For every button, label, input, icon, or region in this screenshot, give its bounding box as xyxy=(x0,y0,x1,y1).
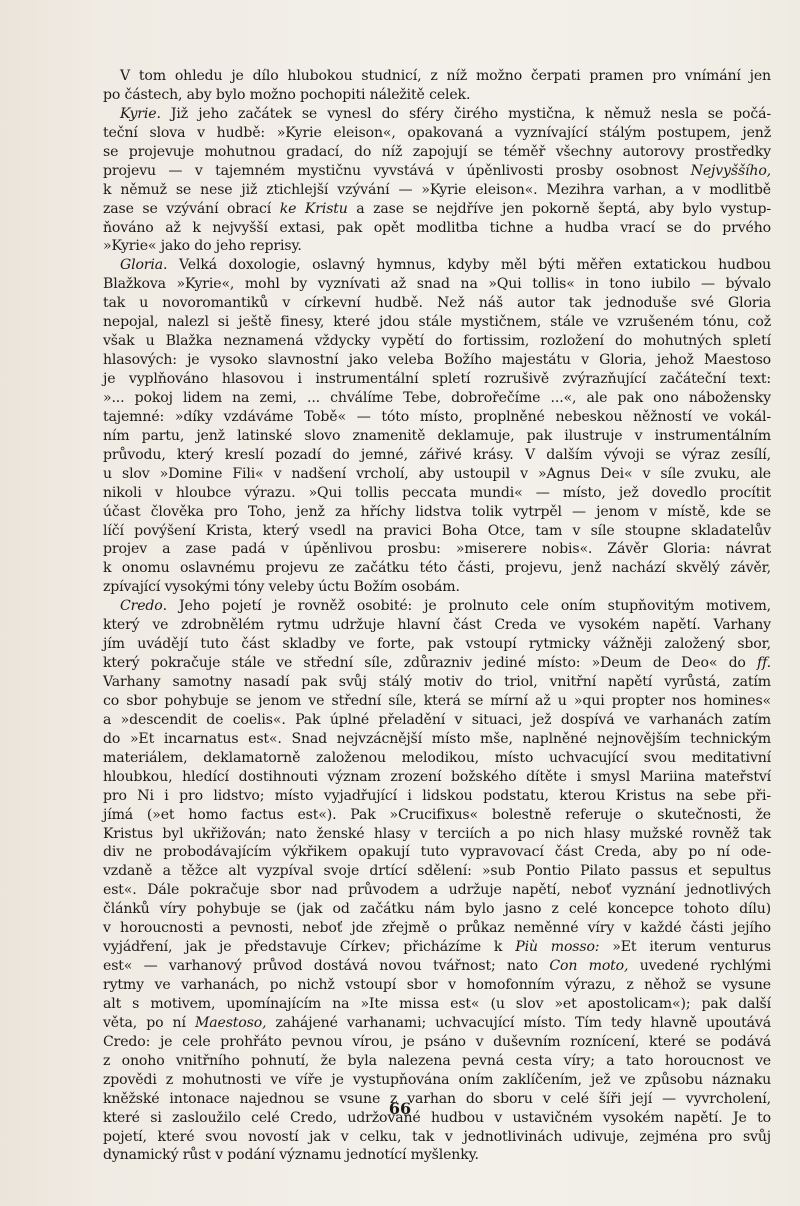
text-line: a »descendit de coelis«. Pak úplné přela… xyxy=(103,711,771,730)
line-text: zpovědi z mohutnosti ve víře je vystupňo… xyxy=(103,1072,771,1088)
line-text: ňováno až k nejvyšší extasi, pak opět mo… xyxy=(103,220,771,236)
text-line: který pokračuje stále ve střední síle, z… xyxy=(103,654,771,673)
line-text: zpívající vysokými tóny veleby úctu Boží… xyxy=(103,579,460,595)
text-line: však u Blažka neznamená vždycky vypětí d… xyxy=(103,332,771,351)
text-line: jím uvádějí tuto část skladby ve forte, … xyxy=(103,635,771,654)
line-text: Blažkova »Kyrie«, mohl by vyznívati až s… xyxy=(103,276,771,292)
text-line: je vyplňováno hlasovou i instrumentální … xyxy=(103,370,771,389)
text-line: »Kyrie« jako do jeho reprisy. xyxy=(103,237,771,256)
line-text: se projevuje mohutnou gradací, do níž za… xyxy=(103,144,771,160)
text-line: vyjádření, jak je představuje Církev; př… xyxy=(103,938,771,957)
line-text: est«. Dále pokračuje sbor nad průvodem a… xyxy=(103,882,771,898)
text-line: se projevuje mohutnou gradací, do níž za… xyxy=(103,143,771,162)
line-text: vyjádření, jak je představuje Církev; př… xyxy=(103,939,515,955)
paragraph-gloria: Gloria. Velká doxologie, oslavný hymnus,… xyxy=(103,256,771,597)
italic-term: Con moto, xyxy=(549,958,628,974)
line-text: Credo: je cele prohřáto pevnou vírou, je… xyxy=(103,1034,771,1050)
line-text: jím uvádějí tuto část skladby ve forte, … xyxy=(103,636,771,652)
text-line: teční slova v hudbě: »Kyrie eleison«, op… xyxy=(103,124,771,143)
line-text: Kristus byl ukřižován; nato ženské hlasy… xyxy=(103,826,771,842)
line-text: nepojal, nalezl si ještě finesy, které j… xyxy=(103,314,771,330)
line-text: nikoli v hloubce výrazu. »Qui tollis pec… xyxy=(103,485,771,501)
line-text: tak u novoromantiků v církevní hudbě. Ne… xyxy=(103,295,771,311)
text-line: k němuž se nese již ztichlejší vzývání —… xyxy=(103,181,771,200)
text-line: est« — varhanový průvod dostává novou tv… xyxy=(103,957,771,976)
paragraph-credo: Credo. Jeho pojetí je rovněž osobité: je… xyxy=(103,597,771,1165)
line-text: hlasových: je vysoko slavnostní jako vel… xyxy=(103,352,771,368)
text-line: materiálem, deklamatorně založenou melod… xyxy=(103,749,771,768)
text-line: Credo: je cele prohřáto pevnou vírou, je… xyxy=(103,1033,771,1052)
line-text: projev a zase padá v úpěnlivou prosbu: »… xyxy=(103,541,771,557)
text-line: pojetí, které svou novostí jak v celku, … xyxy=(103,1128,771,1147)
line-text: pojetí, které svou novostí jak v celku, … xyxy=(103,1129,771,1145)
italic-term: ff. xyxy=(757,655,771,671)
text-line: do »Et incarnatus est«. Snad nejvzácnějš… xyxy=(103,730,771,749)
italic-term: Più mosso: xyxy=(515,939,599,955)
text-line: ňováno až k nejvyšší extasi, pak opět mo… xyxy=(103,219,771,238)
text-line: co sbor pohybuje se jenom ve střední síl… xyxy=(103,692,771,711)
line-text: Varhany samotny nasadí pak svůj stálý mo… xyxy=(103,674,771,690)
line-text: projevu — v tajemném mystičnu vyvstává v… xyxy=(103,163,691,179)
line-text: dynamický růst v podání významu jednotíc… xyxy=(103,1147,479,1163)
line-text: co sbor pohybuje se jenom ve střední síl… xyxy=(103,693,771,709)
text-line: div ne probodávajícím výkřikem opakují t… xyxy=(103,843,771,862)
text-line: jímá (»et homo factus est«). Pak »Crucif… xyxy=(103,806,771,825)
line-text: věta, po ní xyxy=(103,1015,195,1031)
line-text: průvodu, který kreslí pozadí do jemné, z… xyxy=(103,447,771,463)
line-text: líčí povýšení Krista, který vsedl na pra… xyxy=(103,523,771,539)
page-text-block: V tom ohledu je dílo hlubokou studnicí, … xyxy=(103,67,771,1165)
line-text: a »descendit de coelis«. Pak úplné přela… xyxy=(103,712,771,728)
text-line: ním partu, jenž latinské slovo znamenitě… xyxy=(103,427,771,446)
line-text: který pokračuje stále ve střední síle, z… xyxy=(103,655,757,671)
text-line: tak u novoromantiků v církevní hudbě. Ne… xyxy=(103,294,771,313)
text-line: nepojal, nalezl si ještě finesy, které j… xyxy=(103,313,771,332)
text-line: Kristus byl ukřižován; nato ženské hlasy… xyxy=(103,825,771,844)
line-text: vzdaně a těžce alt vyzpíval svoje drtící… xyxy=(103,863,771,879)
line-text: zase se vzývání obrací xyxy=(103,201,280,217)
text-line: V tom ohledu je dílo hlubokou studnicí, … xyxy=(103,67,771,86)
line-text: »... pokoj lidem na zemi, ... chválíme T… xyxy=(103,390,771,406)
text-line: Varhany samotny nasadí pak svůj stálý mo… xyxy=(103,673,771,692)
line-text: teční slova v hudbě: »Kyrie eleison«, op… xyxy=(103,125,771,141)
line-text: který ve zdrobnělém rytmu udržuje hlavní… xyxy=(103,617,771,633)
line-text: účast člověka pro Toho, jenž za hříchy l… xyxy=(103,504,771,520)
text-line: zase se vzývání obrací ke Kristu a zase … xyxy=(103,200,771,219)
text-line: věta, po ní Maestoso, zahájené varhanami… xyxy=(103,1014,771,1033)
text-line: pro Ni i pro lidstvo; místo vyjadřující … xyxy=(103,787,771,806)
text-line: průvodu, který kreslí pozadí do jemné, z… xyxy=(103,446,771,465)
italic-term: Maestoso, xyxy=(195,1015,266,1031)
line-text: po částech, aby bylo možno pochopiti nál… xyxy=(103,87,470,103)
line-text: z onoho vnitřního pohnutí, že byla nalez… xyxy=(103,1053,771,1069)
paragraph-intro: V tom ohledu je dílo hlubokou studnicí, … xyxy=(103,67,771,105)
text-line: projev a zase padá v úpěnlivou prosbu: »… xyxy=(103,540,771,559)
line-text: však u Blažka neznamená vždycky vypětí d… xyxy=(103,333,771,349)
text-line: rytmy ve varhanách, po nichž vstoupí sbo… xyxy=(103,976,771,995)
line-text: V tom ohledu je dílo hlubokou studnicí, … xyxy=(120,68,771,84)
line-text: u slov »Domine Fili« v nadšení vrcholí, … xyxy=(103,466,771,482)
text-line: alt s motivem, upomínajícím na »Ite miss… xyxy=(103,995,771,1014)
line-text: rytmy ve varhanách, po nichž vstoupí sbo… xyxy=(103,977,771,993)
paragraph-kyrie: Kyrie. Již jeho začátek se vynesl do sfé… xyxy=(103,105,771,257)
line-text: materiálem, deklamatorně založenou melod… xyxy=(103,750,771,766)
page-number: 66 xyxy=(0,1099,800,1118)
text-line: v horoucnosti a pevnosti, neboť jde zřej… xyxy=(103,919,771,938)
line-text: . Jeho pojetí je rovněž osobité: je prol… xyxy=(163,598,771,614)
line-text: a zase se nejdříve jen pokorně šeptá, ab… xyxy=(348,201,771,217)
text-line: est«. Dále pokračuje sbor nad průvodem a… xyxy=(103,881,771,900)
text-line: vzdaně a těžce alt vyzpíval svoje drtící… xyxy=(103,862,771,881)
text-line: článků víry pohybuje se (jak od začátku … xyxy=(103,900,771,919)
line-text: est« — varhanový průvod dostává novou tv… xyxy=(103,958,549,974)
text-line: zpovědi z mohutnosti ve víře je vystupňo… xyxy=(103,1071,771,1090)
line-text: do »Et incarnatus est«. Snad nejvzácnějš… xyxy=(103,731,771,747)
text-line: zpívající vysokými tóny veleby úctu Boží… xyxy=(103,578,771,597)
line-text: k onomu oslavnému projevu ze začátku tét… xyxy=(103,560,771,576)
line-text: . Již jeho začátek se vynesl do sféry či… xyxy=(156,106,771,122)
text-line: k onomu oslavnému projevu ze začátku tét… xyxy=(103,559,771,578)
line-text: jímá (»et homo factus est«). Pak »Crucif… xyxy=(103,807,771,823)
italic-term: Credo xyxy=(120,598,163,614)
text-line: Gloria. Velká doxologie, oslavný hymnus,… xyxy=(103,256,771,275)
text-line: hloubkou, hledící dostihnouti význam zro… xyxy=(103,768,771,787)
text-line: hlasových: je vysoko slavnostní jako vel… xyxy=(103,351,771,370)
text-line: dynamický růst v podání významu jednotíc… xyxy=(103,1146,771,1165)
text-line: »... pokoj lidem na zemi, ... chválíme T… xyxy=(103,389,771,408)
text-line: nikoli v hloubce výrazu. »Qui tollis pec… xyxy=(103,484,771,503)
text-line: po částech, aby bylo možno pochopiti nál… xyxy=(103,86,771,105)
text-line: Kyrie. Již jeho začátek se vynesl do sfé… xyxy=(103,105,771,124)
line-text: je vyplňováno hlasovou i instrumentální … xyxy=(103,371,771,387)
text-line: účast člověka pro Toho, jenž za hříchy l… xyxy=(103,503,771,522)
line-text: »Kyrie« jako do jeho reprisy. xyxy=(103,238,302,254)
line-text: článků víry pohybuje se (jak od začátku … xyxy=(103,901,771,917)
italic-term: ke Kristu xyxy=(280,201,348,217)
text-line: projevu — v tajemném mystičnu vyvstává v… xyxy=(103,162,771,181)
text-line: Credo. Jeho pojetí je rovněž osobité: je… xyxy=(103,597,771,616)
text-line: tajemné: »díky vzdáváme Tobě« — tóto mís… xyxy=(103,408,771,427)
line-text: alt s motivem, upomínajícím na »Ite miss… xyxy=(103,996,771,1012)
text-line: z onoho vnitřního pohnutí, že byla nalez… xyxy=(103,1052,771,1071)
text-line: u slov »Domine Fili« v nadšení vrcholí, … xyxy=(103,465,771,484)
text-line: Blažkova »Kyrie«, mohl by vyznívati až s… xyxy=(103,275,771,294)
line-text: zahájené varhanami; uchvacující místo. T… xyxy=(266,1015,771,1031)
line-text: uvedené rychlými xyxy=(628,958,771,974)
italic-term: Gloria xyxy=(120,257,163,273)
line-text: tajemné: »díky vzdáváme Tobě« — tóto mís… xyxy=(103,409,771,425)
line-text: hloubkou, hledící dostihnouti význam zro… xyxy=(103,769,771,785)
line-text: . Velká doxologie, oslavný hymnus, kdyby… xyxy=(163,257,771,273)
text-line: líčí povýšení Krista, který vsedl na pra… xyxy=(103,522,771,541)
line-text: div ne probodávajícím výkřikem opakují t… xyxy=(103,844,771,860)
line-text: ním partu, jenž latinské slovo znamenitě… xyxy=(103,428,771,444)
line-text: k němuž se nese již ztichlejší vzývání —… xyxy=(103,182,771,198)
line-text: v horoucnosti a pevnosti, neboť jde zřej… xyxy=(103,920,771,936)
line-text: »Et iterum venturus xyxy=(599,939,771,955)
line-text: pro Ni i pro lidstvo; místo vyjadřující … xyxy=(103,788,771,804)
italic-term: Nejvyššího, xyxy=(691,163,771,179)
text-line: který ve zdrobnělém rytmu udržuje hlavní… xyxy=(103,616,771,635)
italic-term: Kyrie xyxy=(120,106,156,122)
